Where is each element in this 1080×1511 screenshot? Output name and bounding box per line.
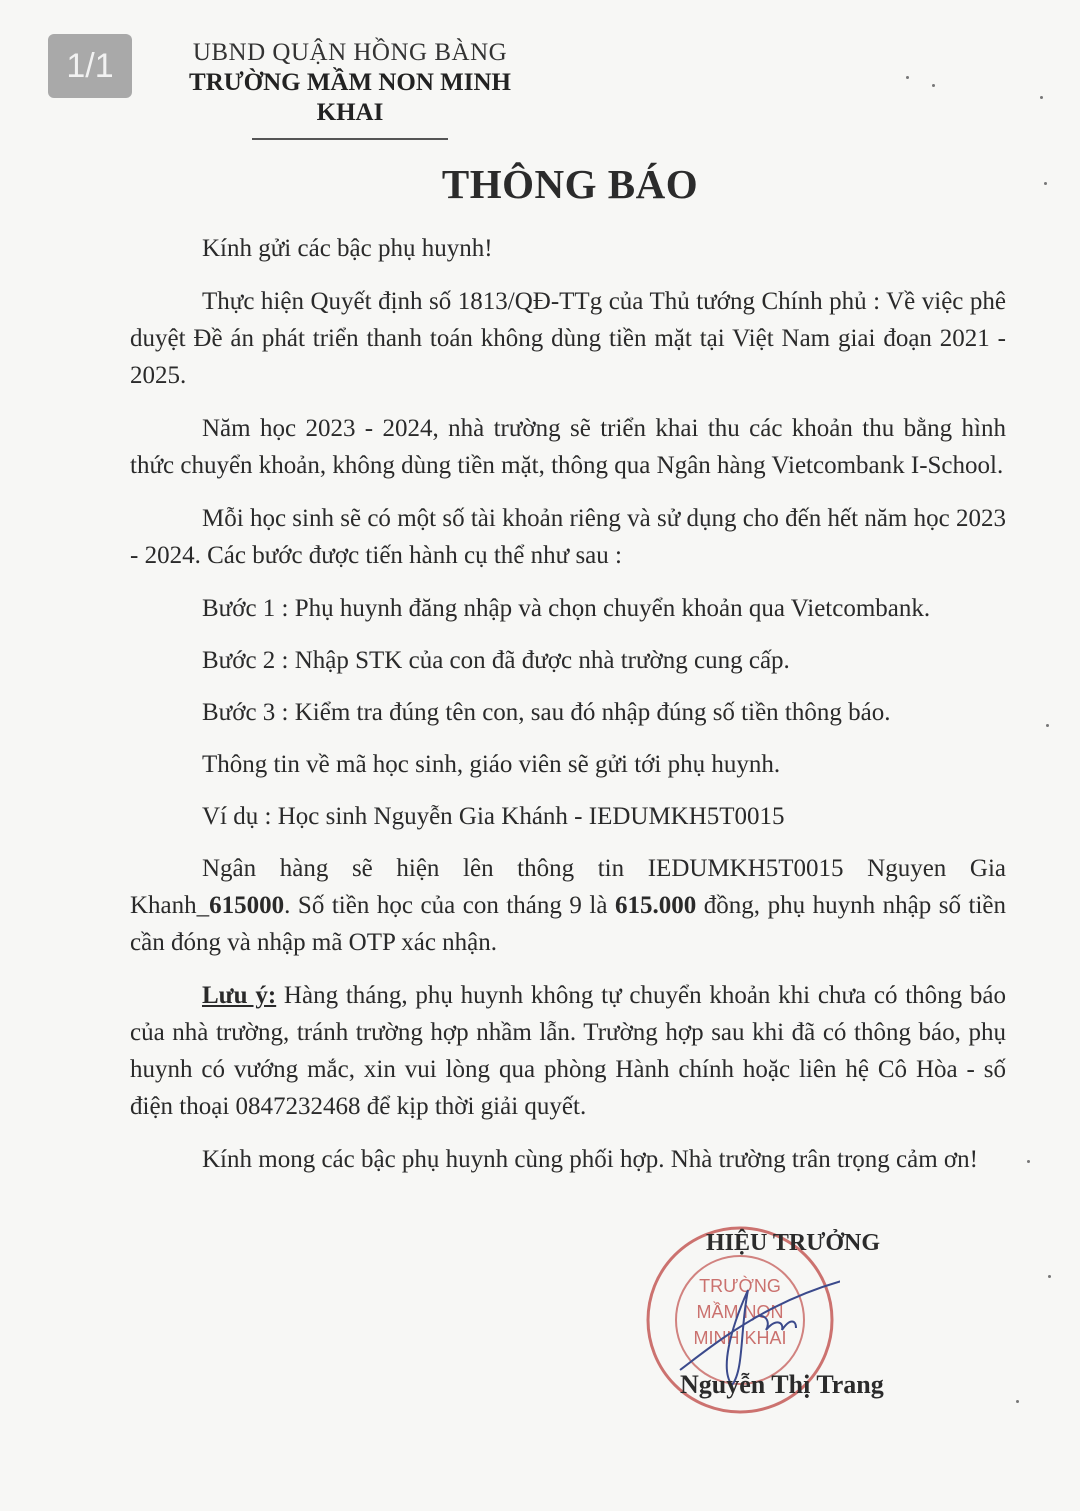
paragraph-note: Lưu ý: Hàng tháng, phụ huynh không tự ch… xyxy=(130,977,1006,1125)
greeting: Kính gửi các bậc phụ huynh! xyxy=(130,230,1006,267)
paragraph-example: Ví dụ : Học sinh Nguyễn Gia Khánh - IEDU… xyxy=(130,798,1006,835)
bank-code-amount: 615000 xyxy=(209,892,284,919)
document-title: THÔNG BÁO xyxy=(0,160,1080,208)
document-header: UBND QUẬN HỒNG BÀNG TRƯỜNG MẦM NON MINH … xyxy=(160,38,540,140)
signature-block: TRƯỜNG MẦM NON MINH KHAI HIỆU TRƯỞNG Ngu… xyxy=(640,1220,940,1430)
page-counter-badge: 1/1 xyxy=(48,34,132,98)
document-body: Kính gửi các bậc phụ huynh! Thực hiện Qu… xyxy=(130,230,1006,1194)
note-label: Lưu ý: xyxy=(202,982,276,1009)
paragraph-bank-display: Ngân hàng sẽ hiện lên thông tin IEDUMKH5… xyxy=(130,850,1006,961)
paragraph-account: Mỗi học sinh sẽ có một số tài khoản riên… xyxy=(130,500,1006,574)
step-1: Bước 1 : Phụ huynh đăng nhập và chọn chu… xyxy=(130,590,1006,627)
step-2: Bước 2 : Nhập STK của con đã được nhà tr… xyxy=(130,642,1006,679)
paragraph-payment-method: Năm học 2023 - 2024, nhà trường sẽ triển… xyxy=(130,410,1006,484)
bank-text-c: . Số tiền học của con tháng 9 là xyxy=(284,892,615,919)
paragraph-decision: Thực hiện Quyết định số 1813/QĐ-TTg của … xyxy=(130,283,1006,394)
stamp-line-1: TRƯỜNG xyxy=(699,1275,781,1296)
header-underline xyxy=(252,138,448,140)
step-3: Bước 3 : Kiểm tra đúng tên con, sau đó n… xyxy=(130,694,1006,731)
tuition-amount: 615.000 xyxy=(615,892,696,919)
stamp-line-3: MINH KHAI xyxy=(693,1328,786,1348)
school-name: TRƯỜNG MẦM NON MINH KHAI xyxy=(160,68,540,128)
issuing-authority: UBND QUẬN HỒNG BÀNG xyxy=(160,38,540,68)
signatory-role: HIỆU TRƯỞNG xyxy=(706,1230,880,1257)
paragraph-closing: Kính mong các bậc phụ huynh cùng phối hợ… xyxy=(130,1141,1006,1178)
signatory-name: Nguyễn Thị Trang xyxy=(680,1370,884,1400)
paragraph-info: Thông tin về mã học sinh, giáo viên sẽ g… xyxy=(130,746,1006,783)
